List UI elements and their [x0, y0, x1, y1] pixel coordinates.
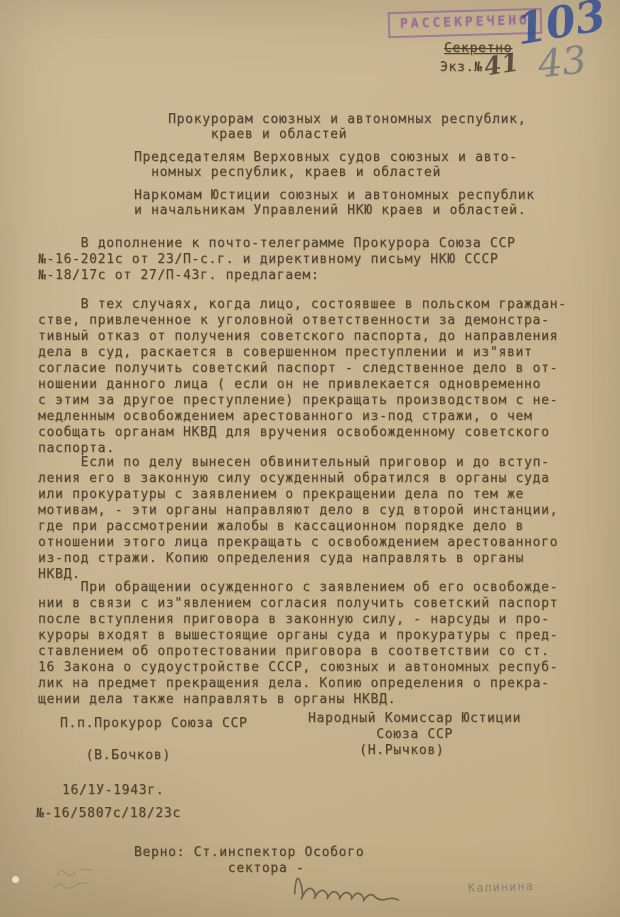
signature-commissar: Народный Комиссар Юстиции Союза ССР (Н.Р…: [308, 711, 521, 759]
paper-speck: [12, 876, 19, 883]
handwritten-number-43: 43: [536, 38, 589, 87]
addressee-prosecutors: Прокурорам союзных и автономных республи…: [134, 112, 526, 143]
reference-number: №-16/5807с/18/23с: [36, 806, 181, 822]
paragraph-pretrial-release: В тех случаях, когда лицо, состоявшее в …: [38, 297, 590, 457]
pencil-marks: [26, 857, 119, 902]
paragraph-appeal-procedure: Если по делу вынесен обвинительный приго…: [38, 455, 590, 583]
signature-prosecutor: П.п.Прокурор Союза ССР (В.Бочков): [60, 716, 248, 764]
surname-faint: Калинина: [468, 879, 534, 895]
copy-label: Экз.№: [440, 60, 483, 76]
handwritten-signature: [287, 852, 449, 906]
paragraph-preamble: В дополнение к почто-телеграмме Прокурор…: [38, 236, 590, 284]
addressee-block: Прокурорам союзных и автономных республи…: [134, 96, 574, 234]
addressee-court-chairmen: Председателям Верховных судов союзных и …: [134, 150, 518, 181]
document-page: РАССЕКРЕЧЕНО 103 43 Секретно Экз.№ 41 Пр…: [0, 0, 620, 917]
addressee-justice-commissars: Наркомам Юстиции союзных и автономных ре…: [134, 188, 535, 219]
handwritten-copy-number: 41: [482, 47, 521, 81]
paragraph-post-sentence: При обращении осужденного с заявлением о…: [38, 580, 590, 708]
document-date: 16/1У-1943г.: [62, 783, 164, 799]
